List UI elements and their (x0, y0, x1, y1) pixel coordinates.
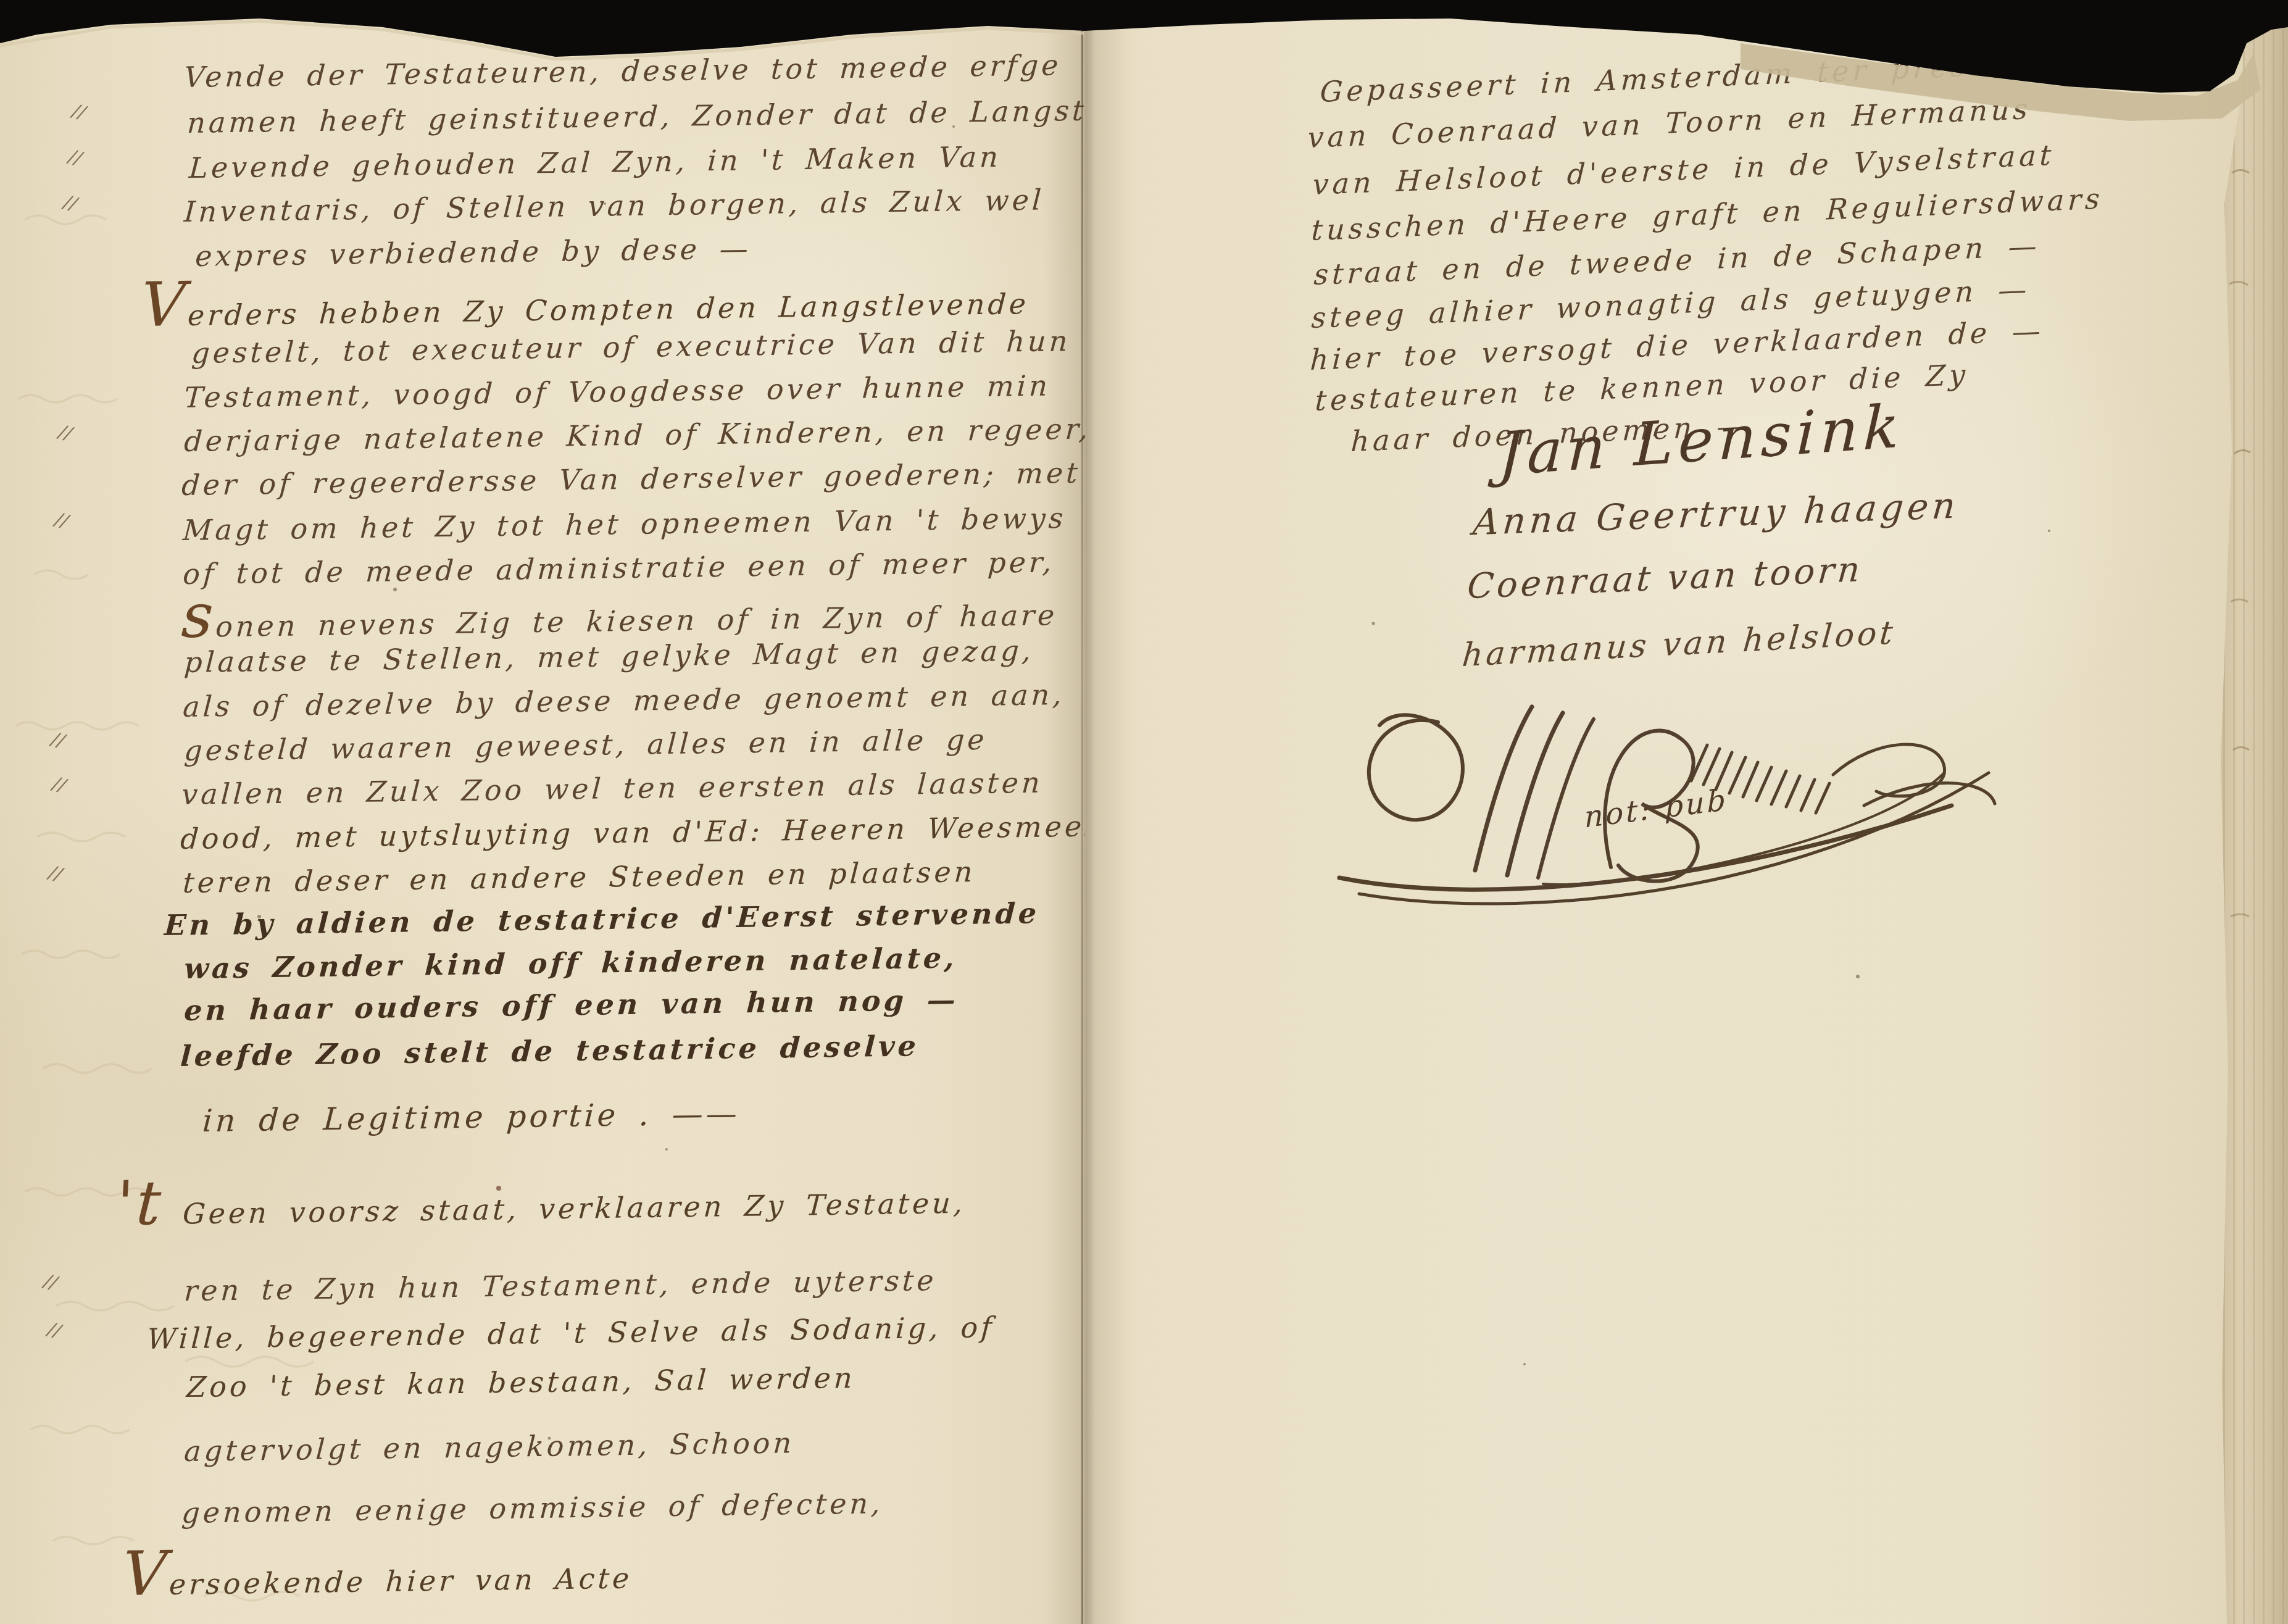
handwritten-line: Inventaris, of Stellen van borgen, als Z… (183, 183, 1045, 230)
marginal-ditto-mark: // (51, 773, 68, 797)
handwritten-line: dood, met uytsluyting van d'Ed: Heeren W… (180, 809, 1085, 856)
handwritten-line: Vende der Testateuren, deselve tot meede… (183, 48, 1062, 94)
handwritten-line: Magt om het Zy tot het opneemen Van 't b… (182, 501, 1067, 548)
handwritten-line: Versoekende hier van Acte (121, 1552, 634, 1602)
marginal-ditto-mark: // (67, 146, 84, 170)
signature-harmanus-van-helsloot: harmanus van helsloot (1461, 614, 1897, 674)
handwritten-line: Verders hebben Zy Compten den Langstleve… (139, 278, 1031, 333)
marginal-ditto-mark: // (70, 100, 88, 124)
handwritten-line: 't Geen voorsz staat, verklaaren Zy Test… (115, 1177, 967, 1232)
marginal-ditto-mark: // (46, 1318, 63, 1343)
handwritten-line: Testament, voogd of Voogdesse over hunne… (183, 369, 1052, 415)
handwritten-line: leefde Zoo stelt de testatrice deselve (180, 1029, 920, 1073)
marginal-ditto-mark: // (57, 421, 74, 445)
handwritten-line: agtervolgt en nagekomen, Schoon (183, 1426, 796, 1468)
handwritten-line: expres verbiedende by dese — (194, 231, 752, 273)
handwritten-line: of tot de meede administratie een of mee… (182, 545, 1055, 591)
handwritten-line: En by aldien de testatrice d'Eerst sterv… (164, 896, 1041, 943)
handwritten-line: ren te Zyn hun Testament, ende uyterste (183, 1264, 938, 1308)
handwritten-line: als of dezelve by deese meede genoemt en… (182, 678, 1066, 724)
handwritten-line: Zoo 't best kan bestaan, Sal werden (186, 1361, 856, 1404)
handwritten-line: Levende gehouden Zal Zyn, in 't Maken Va… (188, 140, 1002, 186)
notary-caption: not: pub (1584, 783, 1728, 835)
handwritten-line: genomen eenige ommissie of defecten, (181, 1486, 884, 1530)
handwritten-line: was Zonder kind off kinderen natelate, (183, 941, 959, 986)
handwritten-line: in de Legitime portie . —— (202, 1095, 741, 1139)
handwritten-line: en haar ouders off een van hun nog — (183, 983, 960, 1028)
gutter-fold-line (1081, 16, 1083, 1624)
signature-coenraat-van-toorn: Coenraat van toorn (1466, 549, 1865, 607)
handwritten-line: Wille, begeerende dat 't Selve als Sodan… (146, 1310, 996, 1356)
signature-anna-geertruy-haagen: Anna Geertruy haagen (1471, 485, 1961, 544)
handwritten-line: gesteld waaren geweest, alles en in alle… (183, 723, 988, 768)
handwritten-line: teren deser en andere Steeden en plaatse… (182, 855, 976, 900)
handwritten-line: der of regeerdersse Van derselver goeder… (181, 456, 1081, 503)
handwritten-line: derjarige natelatene Kind of Kinderen, e… (183, 412, 1085, 459)
marginal-ditto-mark: // (42, 1270, 59, 1294)
marginal-ditto-mark: // (47, 862, 64, 886)
manuscript-scan: // // // // // // // // // // Vende der … (0, 0, 2288, 1624)
right-page: Gepasseert in Amsterdam ter presentie va… (1085, 19, 2244, 1624)
marginal-ditto-mark: // (62, 191, 79, 215)
handwritten-line: namen heeft geinstitueerd, Zonder dat de… (186, 94, 1085, 141)
marginal-ditto-mark: // (49, 728, 67, 752)
left-page: // // // // // // // // // // Vende der … (0, 16, 1085, 1624)
marginal-ditto-mark: // (53, 509, 70, 533)
handwritten-line: gestelt, tot executeur of executrice Van… (191, 324, 1071, 370)
handwritten-line: vallen en Zulx Zoo wel ten eersten als l… (181, 766, 1044, 812)
